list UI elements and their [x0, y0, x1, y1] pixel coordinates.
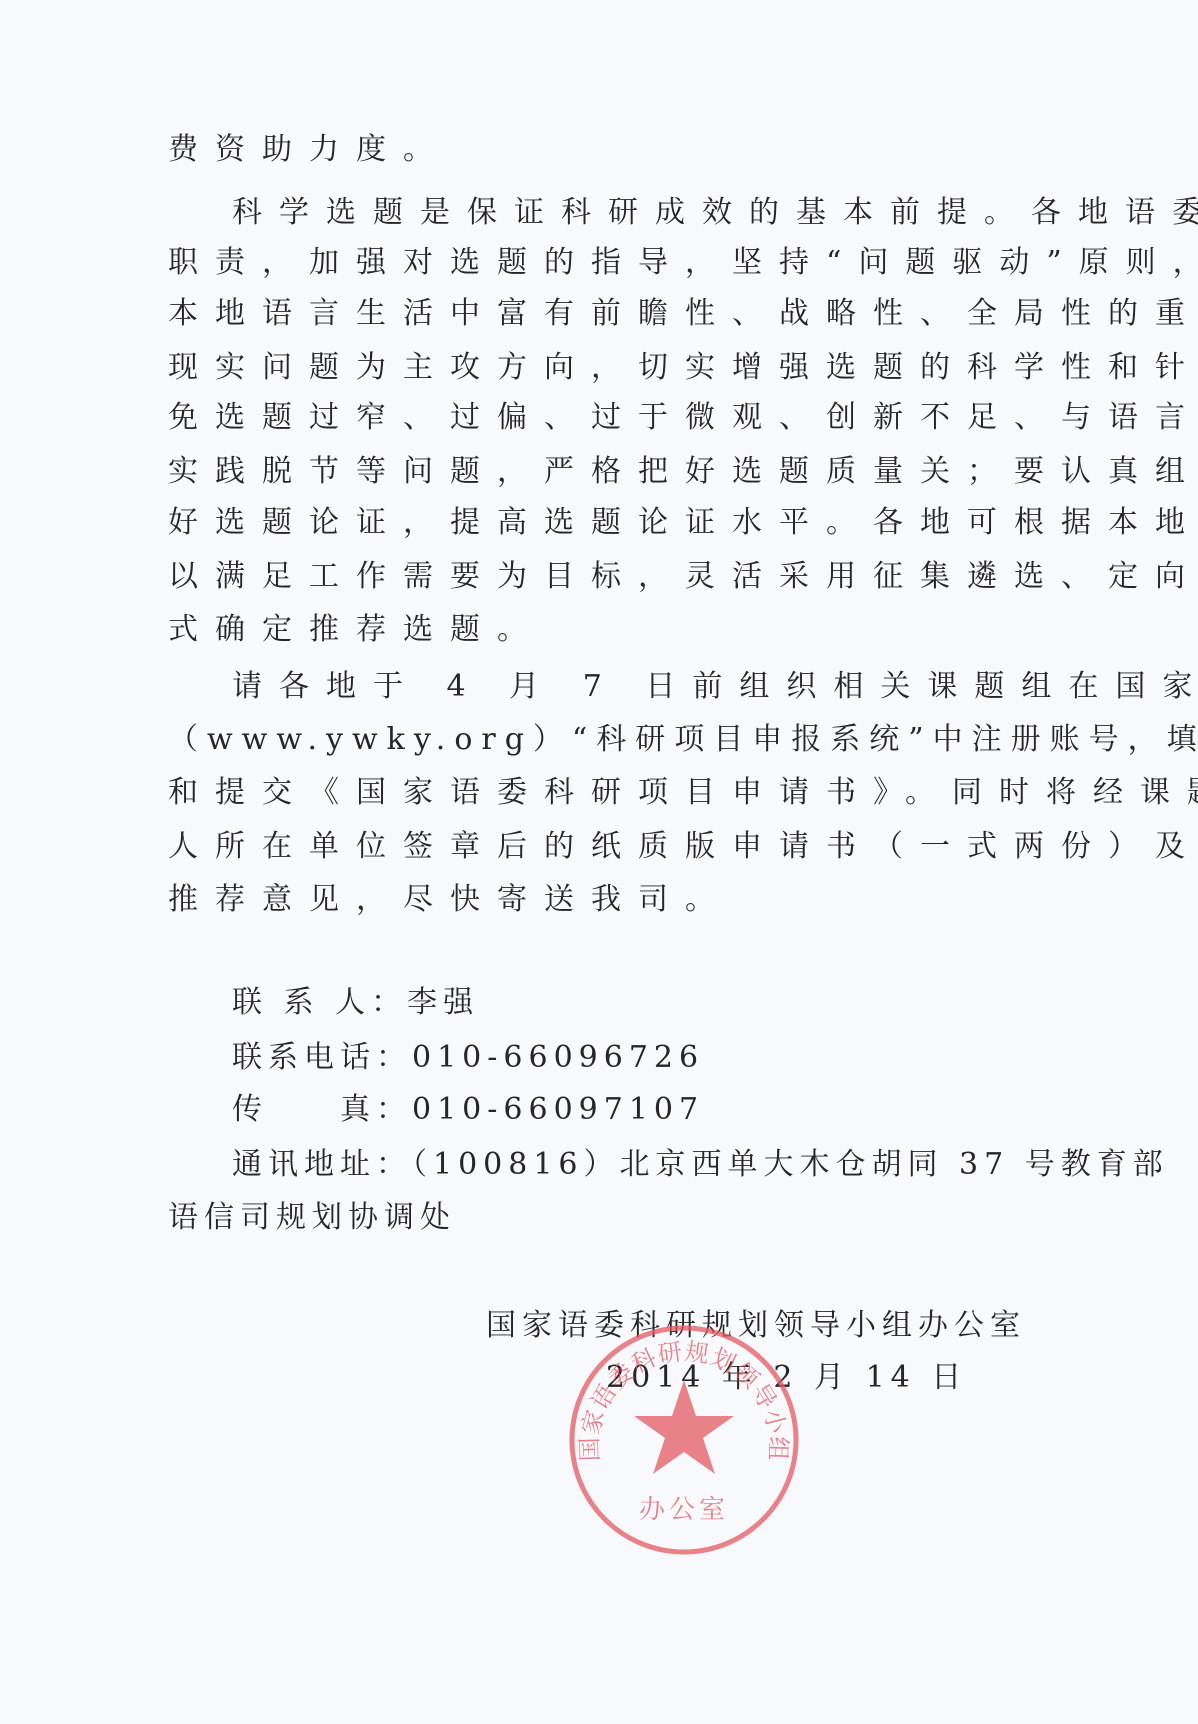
text-line: 和提交《国家语委科研项目申请书》。同时将经课题组负责: [168, 773, 1028, 813]
contact-address-continued: 语信司规划协调处: [168, 1198, 1028, 1238]
contact-fax: 传 真：010-66097107: [232, 1090, 1092, 1130]
text-line: 好选题论证，提高选题论证水平。各地可根据本地实际情况，: [168, 503, 1028, 543]
contact-person-label: 联 系 人：: [232, 985, 407, 1020]
contact-fax-value: 010-66097107: [412, 1092, 704, 1127]
contact-address: 通讯地址：（100816）北京西单大木仓胡同 37 号教育部: [232, 1145, 1092, 1185]
seal-bottom-text: 办公室: [639, 1495, 729, 1525]
text-line: 请各地于 4 月 7 日前组织相关课题组在国家语委科研网: [232, 667, 1092, 707]
text-line: 人所在单位签章后的纸质版申请书（一式两份）及语委办的: [168, 827, 1028, 867]
seal-arc-text: 国家语委科研规划领导小组: [576, 1337, 793, 1461]
contact-person-value: 李强: [407, 985, 479, 1020]
text-line: 本地语言生活中富有前瞻性、战略性、全局性的重大理论和: [168, 294, 1028, 334]
signature-organization: 国家语委科研规划领导小组办公室: [486, 1306, 1006, 1346]
text-line: 科学选题是保证科研成效的基本前提。各地语委要履行: [232, 193, 1028, 233]
contact-phone-value: 010-66096726: [412, 1040, 704, 1075]
text-line: 免选题过窄、过偏、过于微观、创新不足、与语言文字工作: [168, 398, 1028, 438]
contact-address-label: 通讯地址：: [232, 1147, 412, 1182]
text-line: 实践脱节等问题，严格把好选题质量关；要认真组织、指导: [168, 452, 1028, 492]
contact-person: 联 系 人：李强: [232, 983, 1092, 1023]
text-line: 以满足工作需要为目标，灵活采用征集遴选、定向委托等形: [168, 557, 1028, 597]
text-line: 现实问题为主攻方向，切实增强选题的科学性和针对性，避: [168, 348, 1028, 388]
contact-fax-label: 传 真：: [232, 1092, 412, 1127]
text-line: 费资助力度。: [168, 130, 1028, 170]
contact-phone: 联系电话：010-66096726: [232, 1038, 1092, 1078]
text-line: 推荐意见，尽快寄送我司。: [168, 880, 1028, 920]
svg-text:国家语委科研规划领导小组: 国家语委科研规划领导小组: [576, 1337, 793, 1461]
signature-date: 2014 年 2 月 14 日: [606, 1358, 906, 1398]
document-page: 费资助力度。 科学选题是保证科研成效的基本前提。各地语委要履行 职责，加强对选题…: [0, 0, 1198, 1724]
text-line: 职责，加强对选题的指导，坚持“问题驱动”原则，重点以: [168, 243, 1028, 283]
contact-phone-label: 联系电话：: [232, 1040, 412, 1075]
text-line: 式确定推荐选题。: [168, 610, 1028, 650]
text-line: （www.ywky.org）“科研项目申报系统”中注册账号，填写: [168, 720, 1028, 760]
contact-address-value: （100816）北京西单大木仓胡同 37 号教育部: [412, 1147, 1169, 1182]
